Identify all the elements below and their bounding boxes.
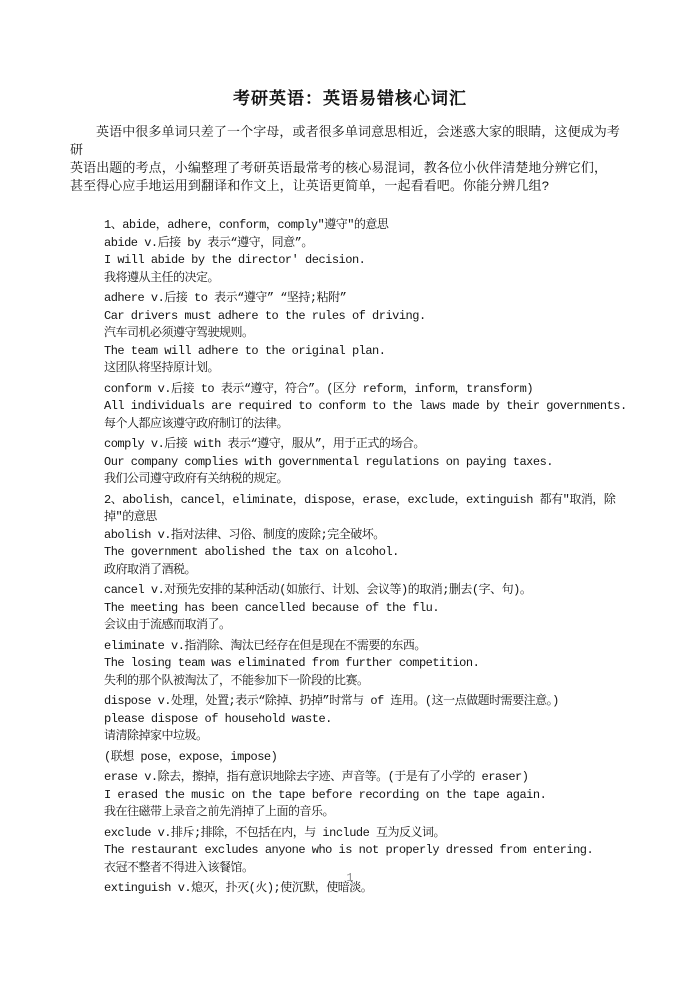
text-line: erase v.除去，擦掉，指有意识地除去字迹、声音等。(于是有了小学的 era… — [104, 769, 630, 787]
text-line: adhere v.后接 to 表示“遵守” “坚持;粘附” — [104, 290, 630, 308]
text-line: The government abolished the tax on alco… — [104, 544, 630, 562]
intro-line: 英语出题的考点，小编整理了考研英语最常考的核心易混词，教各位小伙伴清楚地分辨它们… — [70, 160, 630, 178]
text-line: I will abide by the director' decision. — [104, 252, 630, 270]
text-line: The restaurant excludes anyone who is no… — [104, 842, 630, 860]
text-line: Car drivers must adhere to the rules of … — [104, 308, 630, 326]
text-line: eliminate v.指消除、淘汰已经存在但是现在不需要的东西。 — [104, 638, 630, 656]
text-line: 1、abide，adhere，conform，comply"遵守"的意思 — [104, 217, 630, 235]
intro-paragraph: 英语中很多单词只差了一个字母，或者很多单词意思相近，会迷惑大家的眼睛，这便成为考… — [70, 124, 630, 196]
text-line: I erased the music on the tape before re… — [104, 787, 630, 805]
text-line: 我在往磁带上录音之前先消掉了上面的音乐。 — [104, 804, 630, 822]
text-line: Our company complies with governmental r… — [104, 454, 630, 472]
text-line: cancel v.对预先安排的某种活动(如旅行、计划、会议等)的取消;删去(字、… — [104, 582, 630, 600]
page-number: 1 — [0, 871, 700, 885]
intro-line: 英语中很多单词只差了一个字母，或者很多单词意思相近，会迷惑大家的眼睛，这便成为考… — [70, 124, 630, 160]
text-line: 我将遵从主任的决定。 — [104, 270, 630, 288]
text-line: abolish v.指对法律、习俗、制度的废除;完全破坏。 — [104, 527, 630, 545]
text-line: dispose v.处理，处置;表示“除掉、扔掉”时常与 of 连用。(这一点做… — [104, 693, 630, 711]
text-line: 会议由于流感而取消了。 — [104, 617, 630, 635]
text-line: 我们公司遵守政府有关纳税的规定。 — [104, 471, 630, 489]
intro-line: 甚至得心应手地运用到翻译和作文上，让英语更简单，一起看看吧。你能分辨几组? — [70, 178, 630, 196]
text-line: (联想 pose，expose，impose) — [104, 749, 630, 767]
text-line: The losing team was eliminated from furt… — [104, 655, 630, 673]
document-lines: 1、abide，adhere，conform，comply"遵守"的意思abid… — [104, 217, 630, 898]
text-line: 政府取消了酒税。 — [104, 562, 630, 580]
text-line: 汽车司机必须遵守驾驶规则。 — [104, 325, 630, 343]
text-line: comply v.后接 with 表示“遵守，服从”，用于正式的场合。 — [104, 436, 630, 454]
page-title: 考研英语：英语易错核心词汇 — [70, 87, 630, 111]
text-line: 2、abolish，cancel，eliminate，dispose，erase… — [104, 492, 630, 527]
text-line: conform v.后接 to 表示“遵守，符合”。(区分 reform，inf… — [104, 381, 630, 399]
text-line: abide v.后接 by 表示“遵守，同意”。 — [104, 235, 630, 253]
text-line: 每个人都应该遵守政府制订的法律。 — [104, 416, 630, 434]
text-line: The meeting has been cancelled because o… — [104, 600, 630, 618]
text-line: please dispose of household waste. — [104, 711, 630, 729]
text-line: 失利的那个队被淘汰了，不能参加下一阶段的比赛。 — [104, 673, 630, 691]
text-line: 这团队将坚持原计划。 — [104, 360, 630, 378]
text-line: The team will adhere to the original pla… — [104, 343, 630, 361]
text-line: exclude v.排斥;排除，不包括在内，与 include 互为反义词。 — [104, 825, 630, 843]
text-line: All individuals are required to conform … — [104, 398, 630, 416]
text-line: 请清除掉家中垃圾。 — [104, 728, 630, 746]
document-page: 考研英语：英语易错核心词汇 英语中很多单词只差了一个字母，或者很多单词意思相近，… — [0, 0, 700, 989]
